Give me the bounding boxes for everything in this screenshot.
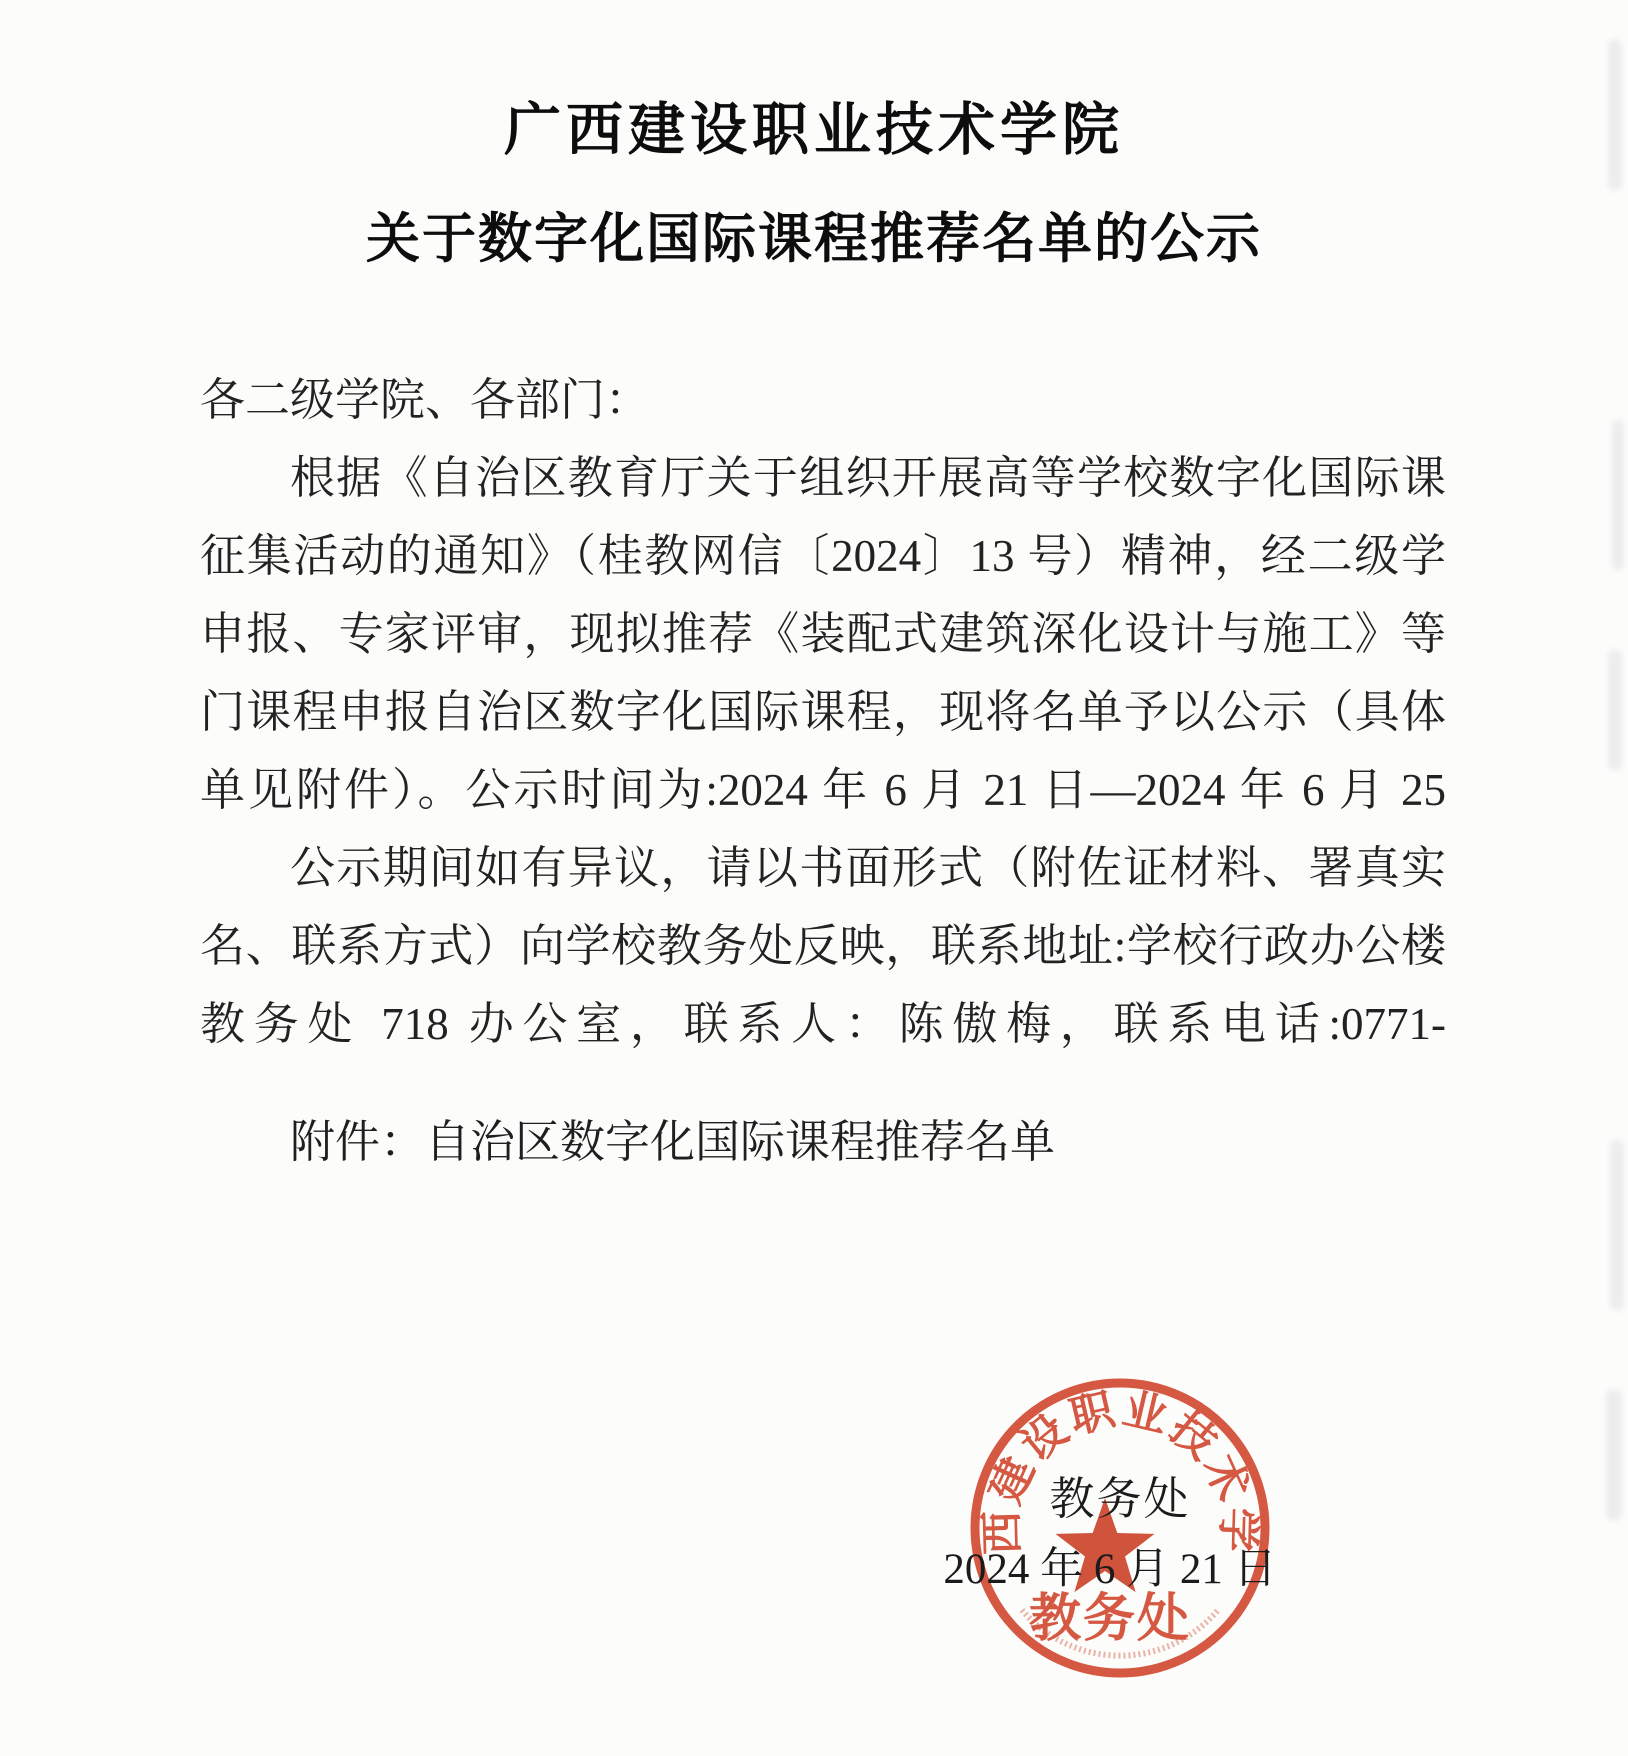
signature-department: 教务处 <box>945 1462 1295 1527</box>
attachment-title: 自治区数字化国际课程推荐名单 <box>425 1117 1055 1167</box>
scan-artifact <box>1610 1140 1624 1310</box>
body-line: 根据《自治区教育厅关于组织开展高等学校数字化国际课程 <box>200 439 1446 517</box>
seal-ink-group: 广西建设职业技术学院 教务处 <box>975 1383 1265 1673</box>
body-line: 教务处 718 办公室，联系人：陈傲梅，联系电话:0771-3825221。 <box>200 985 1446 1063</box>
body-line: 门课程申报自治区数字化国际课程，现将名单予以公示（具体名 <box>200 673 1446 751</box>
scan-artifact <box>1606 1390 1622 1520</box>
scan-artifact <box>1612 420 1624 570</box>
document-body: 各二级学院、各部门： 根据《自治区教育厅关于组织开展高等学校数字化国际课程 征集… <box>200 361 1446 1063</box>
body-line: 公示期间如有异议，请以书面形式（附佐证材料、署真实姓 <box>200 829 1446 907</box>
document-page: 广西建设职业技术学院 关于数字化国际课程推荐名单的公示 各二级学院、各部门： 根… <box>0 0 1628 1756</box>
salutation-line: 各二级学院、各部门： <box>200 361 1446 439</box>
attachment-label: 附件： <box>290 1117 425 1167</box>
scan-artifact <box>1608 650 1622 770</box>
document-title-line1: 广西建设职业技术学院 <box>0 84 1628 166</box>
body-line: 名、联系方式）向学校教务处反映，联系地址:学校行政办公楼 <box>200 907 1446 985</box>
scan-artifact <box>1608 40 1622 190</box>
attachment-line: 附件：自治区数字化国际课程推荐名单 <box>200 1103 1446 1181</box>
body-line: 申报、专家评审，现拟推荐《装配式建筑深化设计与施工》等 7 <box>200 595 1446 673</box>
official-seal: 广西建设职业技术学院 教务处 <box>940 1348 1300 1708</box>
seal-bottom-text: 教务处 <box>1029 1590 1191 1648</box>
body-line: 单见附件）。公示时间为:2024 年 6 月 21 日—2024 年 6 月 2… <box>200 751 1446 829</box>
document-title-line2: 关于数字化国际课程推荐名单的公示 <box>0 196 1628 273</box>
signature-date: 2024 年 6 月 21 日 <box>910 1535 1310 1596</box>
body-line: 征集活动的通知》（桂教网信〔2024〕13 号）精神，经二级学院 <box>200 517 1446 595</box>
